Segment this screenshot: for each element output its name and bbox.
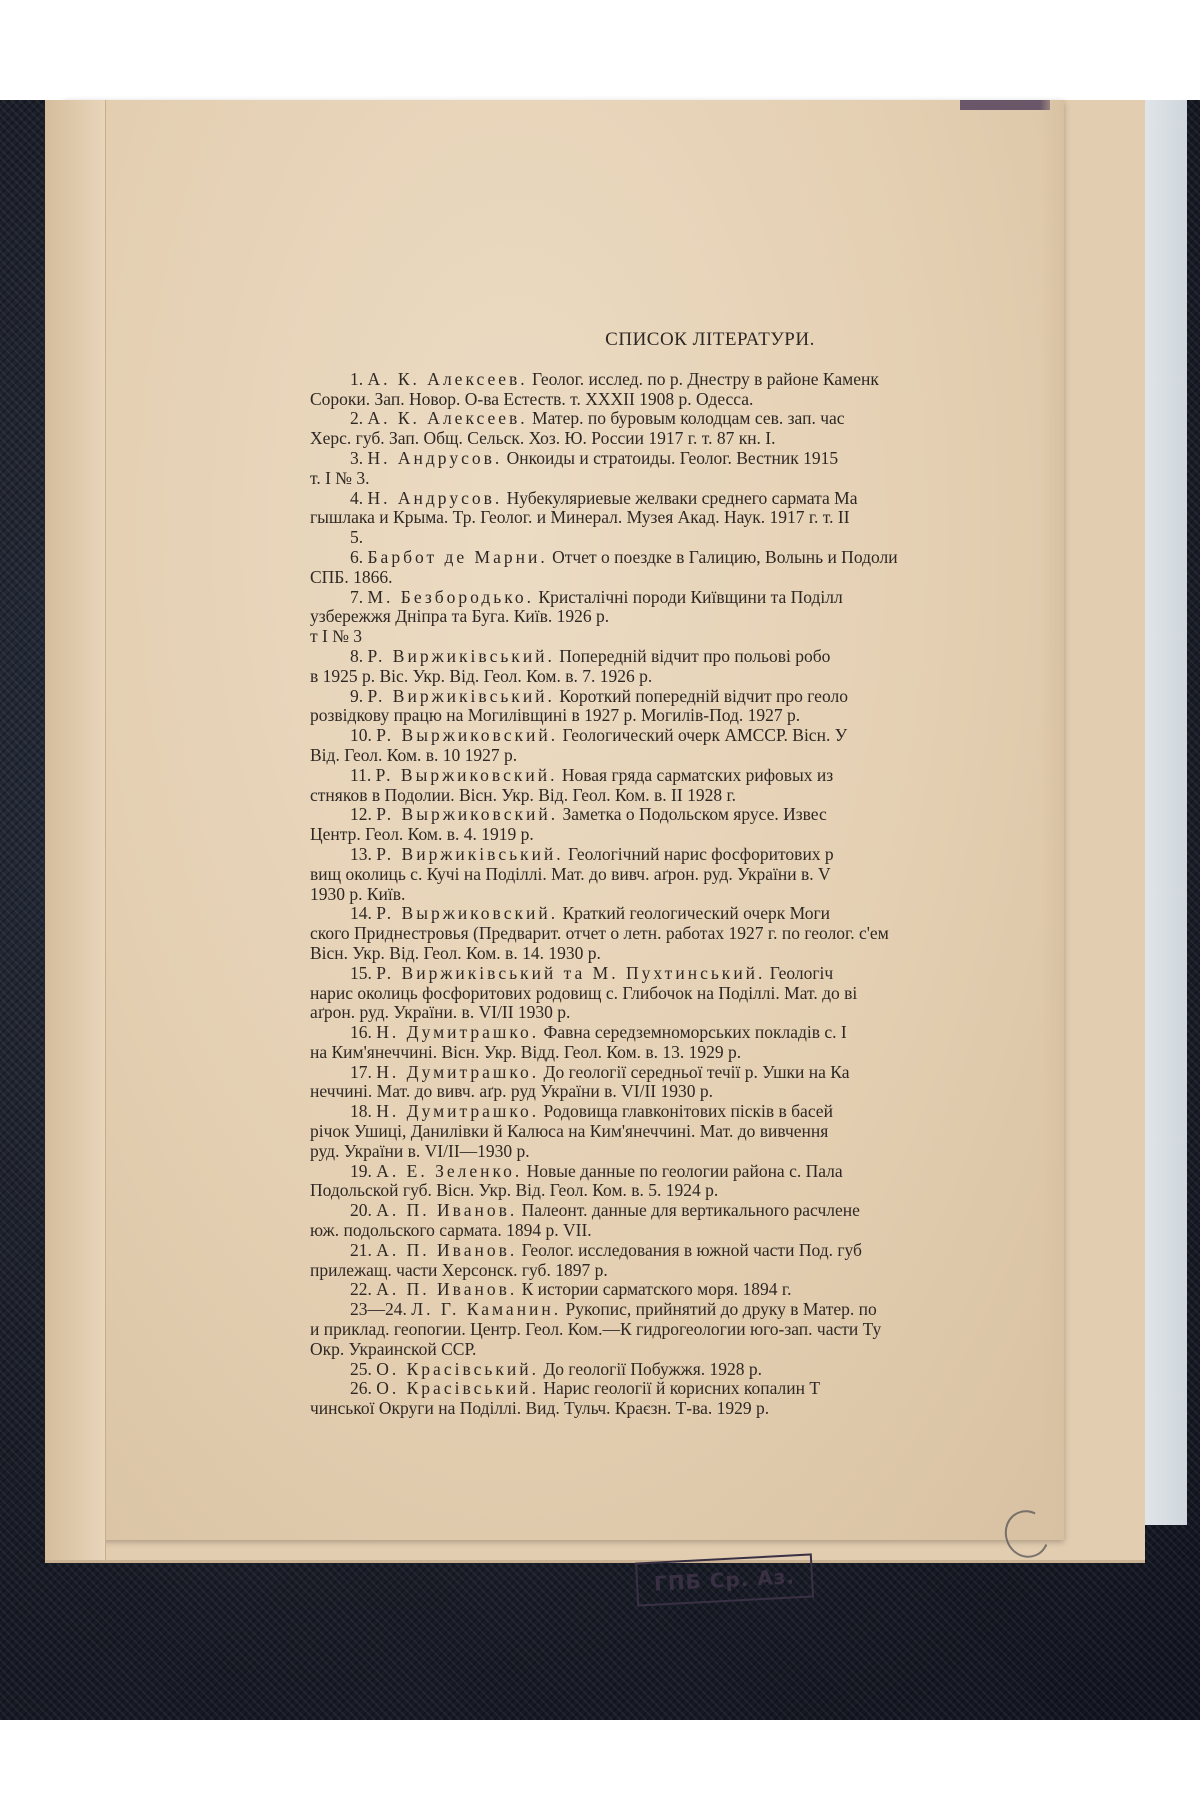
photo-background: СПИСОК ЛІТЕРАТУРИ. 1. А. К. Алексеев. Ге… [0,100,1200,1720]
bibliography-entry: 11. Р. Выржиковский. Новая гряда сарматс… [310,766,1090,806]
entry-author: Н. Андрусов. [368,488,503,508]
entry-author: Р. Выржиковский. [376,903,558,923]
entry-line: річок Ушиці, Данилівки й Калюса на Ким'я… [310,1122,1090,1142]
bibliography-entry: 15. Р. Виржиківський та М. Пухтинський. … [310,964,1090,1023]
entry-text: Нубекуляриевые желваки среднего сармата … [507,488,858,508]
entry-text: Нарис геології й корисних копалин Т [543,1378,820,1398]
entry-author: Н. Андрусов. [368,448,503,468]
entry-line: 9. Р. Виржиківський. Короткий попередній… [310,687,1090,707]
entry-number: 1. [350,369,363,389]
entry-number: 6. [350,547,363,567]
entry-line: 20. А. П. Иванов. Палеонт. данные для ве… [310,1201,1090,1221]
entry-line: в 1925 р. Віс. Укр. Від. Геол. Ком. в. 7… [310,667,1090,687]
entry-number: 12. [350,804,372,824]
entry-text: прилежащ. части Херсонск. губ. 1897 р. [310,1260,608,1280]
bibliography-entry: 23—24. Л. Г. Каманин. Рукопис, прийнятий… [310,1300,1090,1359]
entry-text: Краткий геологический очерк Моги [562,903,830,923]
bibliography-entry: 5. [310,528,1090,548]
entry-line: Подольской губ. Вісн. Укр. Від. Геол. Ко… [310,1181,1090,1201]
entry-number: 21. [350,1240,372,1260]
entry-text: Заметка о Подольском ярусе. Извес [562,804,826,824]
entry-line: 18. Н. Думитрашко. Родовища главконітови… [310,1102,1090,1122]
entry-line: Сороки. Зап. Новор. О-ва Естеств. т. XXX… [310,390,1090,410]
entry-line: т. I № 3. [310,469,1090,489]
entry-text: Новая гряда сарматских рифовых из [562,765,833,785]
entry-author: А. П. Иванов. [376,1240,517,1260]
entry-line: 1930 р. Київ. [310,885,1090,905]
entry-author: О. Красівський. [376,1378,539,1398]
entry-number: 18. [350,1101,372,1121]
entry-line: 14. Р. Выржиковский. Краткий геологическ… [310,904,1090,924]
bibliography-entry: 20. А. П. Иванов. Палеонт. данные для ве… [310,1201,1090,1241]
entry-author: Р. Виржиківський. [368,686,555,706]
entry-line: 12. Р. Выржиковский. Заметка о Подольско… [310,805,1090,825]
entry-line: неччині. Мат. до вивч. аґр. руд України … [310,1082,1090,1102]
entry-line: розвідкову працю на Могилівщині в 1927 р… [310,706,1090,726]
entry-text: Херс. губ. Зап. Общ. Сельск. Хоз. Ю. Рос… [310,428,776,448]
bibliography-entry: 2. А. К. Алексеев. Матер. по буровым кол… [310,409,1090,449]
entry-line: 1. А. К. Алексеев. Геолог. исслед. по р.… [310,370,1090,390]
entry-number: 9. [350,686,363,706]
bibliography-entry: 21. А. П. Иванов. Геолог. исследования в… [310,1241,1090,1281]
entry-line: 10. Р. Выржиковский. Геологический очерк… [310,726,1090,746]
bibliography-entry: 22. А. П. Иванов. К истории сарматского … [310,1280,1090,1300]
entry-text: и приклад. геопогии. Центр. Геол. Ком.—К… [310,1319,881,1339]
entry-line: аґрон. руд. України. в. VI/II 1930 р. [310,1003,1090,1023]
entry-text: Онкоиды и стратоиды. Геолог. Вестник 191… [507,448,839,468]
entry-author: Н. Думитрашко. [376,1062,539,1082]
entry-line: на Ким'янеччині. Вісн. Укр. Відд. Геол. … [310,1043,1090,1063]
bibliography-entry: 9. Р. Виржиківський. Короткий попередній… [310,687,1090,727]
entry-text: Вісн. Укр. Від. Геол. Ком. в. 14. 1930 р… [310,943,601,963]
entry-number: 7. [350,587,363,607]
entry-author: Н. Думитрашко. [376,1101,539,1121]
entry-text: До геології Побужжя. 1928 р. [543,1359,762,1379]
entry-line: 23—24. Л. Г. Каманин. Рукопис, прийнятий… [310,1300,1090,1320]
entry-text: 1930 р. Київ. [310,884,405,904]
entry-number: 4. [350,488,363,508]
entry-text: Центр. Геол. Ком. в. 4. 1919 р. [310,824,534,844]
entry-text: юж. подольского сармата. 1894 р. VII. [310,1220,592,1240]
entry-text: Новые данные по геологии района с. Пала [527,1161,843,1181]
entry-line: прилежащ. части Херсонск. губ. 1897 р. [310,1261,1090,1281]
entry-number: 23—24. [350,1299,407,1319]
page-title: СПИСОК ЛІТЕРАТУРИ. [310,330,1090,350]
entry-line: т I № 3 [310,627,1090,647]
entry-author: Р. Виржиківський та М. Пухтинський. [376,963,765,983]
entry-number: 11. [350,765,371,785]
entry-line: 2. А. К. Алексеев. Матер. по буровым кол… [310,409,1090,429]
entry-line: 22. А. П. Иванов. К истории сарматского … [310,1280,1090,1300]
library-stamp: ГПБ Ср. Аз. [635,1553,814,1606]
entry-line: 3. Н. Андрусов. Онкоиды и стратоиды. Гео… [310,449,1090,469]
bibliography-entry: 25. О. Красівський. До геології Побужжя.… [310,1360,1090,1380]
entry-text: т. I № 3. [310,468,369,488]
entry-text: вищ околиць с. Кучі на Поділлі. Мат. до … [310,864,831,884]
entry-text: розвідкову працю на Могилівщині в 1927 р… [310,705,800,725]
entry-line: 7. М. Безбородько. Кристалічні породи Ки… [310,588,1090,608]
entry-line: 8. Р. Виржиківський. Попередній відчит п… [310,647,1090,667]
entry-text: Родовища главконітових пісків в басей [544,1101,833,1121]
bibliography-entry: 17. Н. Думитрашко. До геології середньої… [310,1063,1090,1103]
entry-number: 3. [350,448,363,468]
entry-number: 10. [350,725,372,745]
entry-text: ского Приднестровья (Предварит. отчет о … [310,923,889,943]
entry-line: Окр. Украинской ССР. [310,1340,1090,1360]
entry-text: на Ким'янеччині. Вісн. Укр. Відд. Геол. … [310,1042,741,1062]
bibliography-entry: 10. Р. Выржиковский. Геологический очерк… [310,726,1090,766]
entry-line: Центр. Геол. Ком. в. 4. 1919 р. [310,825,1090,845]
bibliography-entry: 14. Р. Выржиковский. Краткий геологическ… [310,904,1090,963]
entry-text: руд. України в. VI/II—1930 р. [310,1141,530,1161]
entry-author: Р. Виржиківський. [376,844,563,864]
entry-line: СПБ. 1866. [310,568,1090,588]
entry-number: 19. [350,1161,372,1181]
entry-text: СПБ. 1866. [310,567,392,587]
entry-line: гышлака и Крыма. Тр. Геолог. и Минерал. … [310,508,1090,528]
entry-line: Херс. губ. Зап. Общ. Сельск. Хоз. Ю. Рос… [310,429,1090,449]
entry-text: Геолог. исслед. по р. Днестру в районе К… [532,369,879,389]
entry-number: 5. [350,527,363,547]
entry-text: Геолог. исследования в южной части Под. … [522,1240,862,1260]
entry-line: Вісн. Укр. Від. Геол. Ком. в. 14. 1930 р… [310,944,1090,964]
entry-text: К истории сарматского моря. 1894 г. [522,1279,792,1299]
entry-text: стняков в Подолии. Вісн. Укр. Від. Геол.… [310,785,736,805]
entry-text: Кристалічні породи Київщини та Поділл [538,587,842,607]
bibliography-entry: 1. А. К. Алексеев. Геолог. исслед. по р.… [310,370,1090,410]
entry-line: узбережжя Дніпра та Буга. Київ. 1926 р. [310,607,1090,627]
entry-line: стняков в Подолии. Вісн. Укр. Від. Геол.… [310,786,1090,806]
entry-number: 13. [350,844,372,864]
entry-text: Попередній відчит про польові робо [559,646,830,666]
entry-text: Геологіч [770,963,833,983]
entry-line: чинської Округи на Поділлі. Вид. Тульч. … [310,1399,1090,1419]
entry-number: 8. [350,646,363,666]
entry-author: Н. Думитрашко. [376,1022,539,1042]
entry-text: т I № 3 [310,626,362,646]
entry-text: Матер. по буровым колодцам сев. зап. час [532,408,845,428]
entry-line: 13. Р. Виржиківський. Геологічний нарис … [310,845,1090,865]
entry-line: 25. О. Красівський. До геології Побужжя.… [310,1360,1090,1380]
entry-number: 20. [350,1200,372,1220]
entry-line: 6. Барбот де Марни. Отчет о поездке в Га… [310,548,1090,568]
bibliography-entry: 4. Н. Андрусов. Нубекуляриевые желваки с… [310,489,1090,529]
entry-text: в 1925 р. Віс. Укр. Від. Геол. Ком. в. 7… [310,666,652,686]
entry-line: 19. А. Е. Зеленко. Новые данные по геоло… [310,1162,1090,1182]
entry-line: 26. О. Красівський. Нарис геології й кор… [310,1379,1090,1399]
entry-line: Від. Геол. Ком. в. 10 1927 р. [310,746,1090,766]
entry-number: 17. [350,1062,372,1082]
entry-line: юж. подольского сармата. 1894 р. VII. [310,1221,1090,1241]
entry-line: нарис околиць фосфоритових родовищ с. Гл… [310,984,1090,1004]
entry-author: А. К. Алексеев. [368,369,528,389]
entry-author: Р. Выржиковский. [376,765,558,785]
bibliography-entry: 3. Н. Андрусов. Онкоиды и стратоиды. Гео… [310,449,1090,489]
entry-list: 1. А. К. Алексеев. Геолог. исслед. по р.… [310,370,1090,1419]
bibliography-entry: 6. Барбот де Марни. Отчет о поездке в Га… [310,548,1090,588]
entry-text: нарис околиць фосфоритових родовищ с. Гл… [310,983,857,1003]
entry-line: вищ околиць с. Кучі на Поділлі. Мат. до … [310,865,1090,885]
entry-author: А. П. Иванов. [376,1279,517,1299]
torn-left-edge [45,100,106,1560]
bibliography-entry: 16. Н. Думитрашко. Фавна середземноморсь… [310,1023,1090,1063]
entry-line: 5. [310,528,1090,548]
bibliography-entry: 12. Р. Выржиковский. Заметка о Подольско… [310,805,1090,845]
entry-author: А. Е. Зеленко. [376,1161,522,1181]
entry-author: Р. Выржиковский. [376,804,558,824]
bibliography-entry: 18. Н. Думитрашко. Родовища главконітови… [310,1102,1090,1161]
entry-text: До геології середньої течії р. Ушки на К… [544,1062,850,1082]
entry-text: аґрон. руд. України. в. VI/II 1930 р. [310,1002,570,1022]
entry-text: Окр. Украинской ССР. [310,1339,476,1359]
entry-author: Л. Г. Каманин. [411,1299,561,1319]
entry-author: Р. Выржиковский. [376,725,558,745]
entry-line: 15. Р. Виржиківський та М. Пухтинський. … [310,964,1090,984]
entry-text: річок Ушиці, Данилівки й Калюса на Ким'я… [310,1121,828,1141]
entry-author: Барбот де Марни. [368,547,548,567]
top-ink-mark [960,100,1050,110]
entry-text: узбережжя Дніпра та Буга. Київ. 1926 р. [310,606,609,626]
entry-text: Палеонт. данные для вертикального расчле… [522,1200,860,1220]
entry-line: ского Приднестровья (Предварит. отчет о … [310,924,1090,944]
entry-number: 22. [350,1279,372,1299]
entry-text: Фавна середземноморських покладів с. I [544,1022,847,1042]
entry-text: Геологічний нарис фосфоритових р [568,844,834,864]
bibliography-entry: 26. О. Красівський. Нарис геології й кор… [310,1379,1090,1419]
entry-line: и приклад. геопогии. Центр. Геол. Ком.—К… [310,1320,1090,1340]
entry-author: А. П. Иванов. [376,1200,517,1220]
entry-text: гышлака и Крыма. Тр. Геолог. и Минерал. … [310,507,850,527]
entry-number: 15. [350,963,372,983]
entry-author: Р. Виржиківський. [368,646,555,666]
entry-text: Рукопис, прийнятий до друку в Матер. по [566,1299,877,1319]
entry-text: Від. Геол. Ком. в. 10 1927 р. [310,745,517,765]
entry-text: Короткий попередній відчит про геоло [559,686,848,706]
entry-text: Отчет о поездке в Галицию, Волынь и Подо… [552,547,897,567]
entry-line: 21. А. П. Иванов. Геолог. исследования в… [310,1241,1090,1261]
entry-line: 17. Н. Думитрашко. До геології середньої… [310,1063,1090,1083]
entry-author: А. К. Алексеев. [368,408,528,428]
bibliography-entry: 19. А. Е. Зеленко. Новые данные по геоло… [310,1162,1090,1202]
entry-author: М. Безбородько. [368,587,535,607]
entry-line: 16. Н. Думитрашко. Фавна середземноморсь… [310,1023,1090,1043]
entry-number: 16. [350,1022,372,1042]
bibliography-entry: 7. М. Безбородько. Кристалічні породи Ки… [310,588,1090,647]
entry-number: 14. [350,903,372,923]
entry-text: Геологический очерк АМССР. Вісн. У [562,725,847,745]
entry-line: 4. Н. Андрусов. Нубекуляриевые желваки с… [310,489,1090,509]
bibliography: СПИСОК ЛІТЕРАТУРИ. 1. А. К. Алексеев. Ге… [310,330,1090,1419]
entry-text: Подольской губ. Вісн. Укр. Від. Геол. Ко… [310,1180,718,1200]
bibliography-entry: 8. Р. Виржиківський. Попередній відчит п… [310,647,1090,687]
entry-author: О. Красівський. [376,1359,539,1379]
bibliography-entry: 13. Р. Виржиківський. Геологічний нарис … [310,845,1090,904]
entry-text: чинської Округи на Поділлі. Вид. Тульч. … [310,1398,769,1418]
entry-number: 26. [350,1378,372,1398]
entry-text: неччині. Мат. до вивч. аґр. руд України … [310,1081,713,1101]
entry-line: руд. України в. VI/II—1930 р. [310,1142,1090,1162]
entry-number: 25. [350,1359,372,1379]
entry-line: 11. Р. Выржиковский. Новая гряда сарматс… [310,766,1090,786]
entry-text: Сороки. Зап. Новор. О-ва Естеств. т. XXX… [310,389,753,409]
entry-number: 2. [350,408,363,428]
